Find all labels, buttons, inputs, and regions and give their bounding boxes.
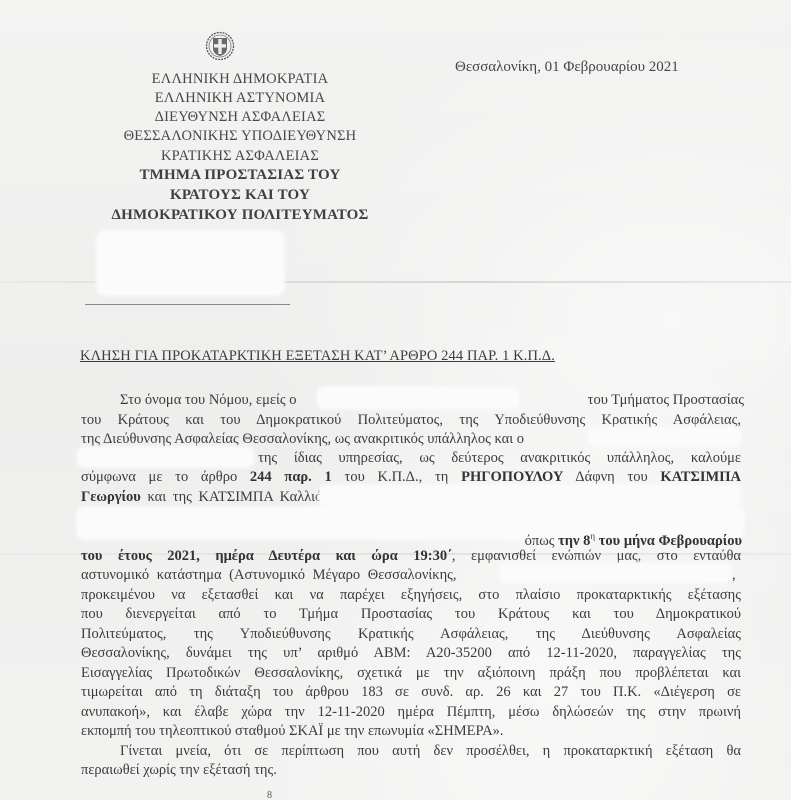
header-line: ΔΙΕΥΘΥΝΣΗ ΑΣΦΑΛΕΙΑΣ	[90, 108, 390, 126]
body-line: Εισαγγελίας Πρωτοδικών Θεσσαλονίκης, σχε…	[81, 664, 741, 682]
body-text: Στο όνομα του Νόμου, εμείς ο	[120, 392, 296, 408]
surname: ΚΑΤΣΙΜΠΑ	[660, 469, 741, 485]
redacted-text	[320, 486, 740, 506]
body-line: σύμφωνα με το άρθρο 244 παρ. 1 του Κ.Π.Δ…	[81, 468, 741, 486]
body-text: σύμφωνα με το άρθρο	[81, 469, 237, 485]
body-line: περαιωθεί χωρίς την εξέτασή της.	[81, 761, 741, 779]
body-line: Θεσσαλονίκης, δυνάμει της υπ’ αριθμό ΑΒΜ…	[81, 644, 741, 662]
body-text: , εμφανισθεί ενώπιών μας, στο ενταύθα	[452, 548, 741, 564]
body-line: ,	[732, 566, 742, 584]
body-line: του έτους 2021, ημέρα Δευτέρα και ώρα 19…	[81, 547, 741, 565]
greek-coat-of-arms-icon	[205, 31, 235, 61]
body-line: τιμωρείται από τη διάταξη του άρθρου 183…	[81, 683, 741, 701]
body-text: και της ΚΑΤΣΙΜΠΑ Καλλιόπης,	[147, 489, 346, 505]
scanned-document-page: ΕΛΛΗΝΙΚΗ ΔΗΜΟΚΡΑΤΙΑ ΕΛΛΗΝΙΚΗ ΑΣΤΥΝΟΜΙΑ Δ…	[0, 0, 791, 800]
department-line: ΤΜΗΜΑ ΠΡΟΣΤΑΣΙΑΣ ΤΟΥ	[90, 166, 390, 184]
redacted-name	[318, 388, 518, 408]
body-line: Γίνεται μνεία, ότι σε περίπτωση που αυτή…	[120, 742, 741, 760]
ordinal-suffix: η	[590, 531, 595, 541]
body-line: του Τμήματος Προστασίας	[524, 391, 744, 409]
redacted-name	[78, 448, 253, 466]
body-line: που διενεργείται από το Τμήμα Προστασίας…	[81, 605, 741, 623]
header-line: ΘΕΣΣΑΛΟΝΙΚΗΣ ΥΠΟΔΙΕΥΘΥΝΣΗ	[90, 127, 390, 145]
place-date: Θεσσαλονίκη, 01 Φεβρουαρίου 2021	[455, 59, 679, 76]
header-line: ΕΛΛΗΝΙΚΗ ΔΗΜΟΚΡΑΤΙΑ	[90, 70, 390, 88]
redacted-block	[230, 238, 276, 252]
article-ref: 244 παρ. 1	[250, 469, 332, 485]
body-line: Γεωργίου και της ΚΑΤΣΙΜΠΑ Καλλιόπης,	[81, 488, 347, 506]
body-line: Πολιτεύματος, της Υποδιεύθυνσης Κρατικής…	[81, 625, 741, 643]
header-line: ΚΡΑΤΙΚΗΣ ΑΣΦΑΛΕΙΑΣ	[90, 147, 390, 165]
body-line: της ίδιας υπηρεσίας, ως δεύτερος ανακριτ…	[258, 449, 741, 467]
body-line: προκειμένου να εξετασθεί και να παρέχει …	[81, 586, 741, 604]
surname: ΡΗΓΟΠΟΥΛΟΥ	[461, 469, 563, 485]
body-line: ανυπακοή», και έλαβε χώρα την 12-11-2020…	[81, 703, 741, 721]
body-line: εκπομπή του τηλεοπτικού σταθμού ΣΚΑΪ με …	[81, 722, 741, 740]
document-title: ΚΛΗΣΗ ΓΙΑ ΠΡΟΚΑΤΑΡΚΤΙΚΗ ΕΞΕΤΑΣΗ ΚΑΤ’ ΑΡΘ…	[80, 348, 555, 365]
fathers-name: Γεωργίου	[81, 489, 141, 505]
body-text: του Κ.Π.Δ., τη	[345, 469, 449, 485]
page-mark: 8	[267, 790, 272, 800]
appointment-datetime: του έτους 2021, ημέρα Δευτέρα και ώρα 19…	[81, 548, 452, 564]
department-line: ΔΗΜΟΚΡΑΤΙΚΟΥ ΠΟΛΙΤΕΥΜΑΤΟΣ	[90, 206, 390, 224]
redacted-address	[500, 564, 730, 582]
header-line: ΕΛΛΗΝΙΚΗ ΑΣΤΥΝΟΜΙΑ	[90, 89, 390, 107]
body-text: Δάφνη του	[575, 469, 647, 485]
redacted-name	[590, 428, 740, 446]
body-line: του Κράτους και του Δημοκρατικού Πολιτεύ…	[81, 411, 741, 429]
body-text: αστυνομικό κατάστημα (Αστυνομικό Μέγαρο …	[81, 567, 457, 583]
body-text: του Τμήματος Προστασίας	[588, 392, 744, 408]
separator-line	[85, 304, 290, 305]
department-line: ΚΡΑΤΟΥΣ ΚΑΙ ΤΟΥ	[90, 186, 390, 204]
